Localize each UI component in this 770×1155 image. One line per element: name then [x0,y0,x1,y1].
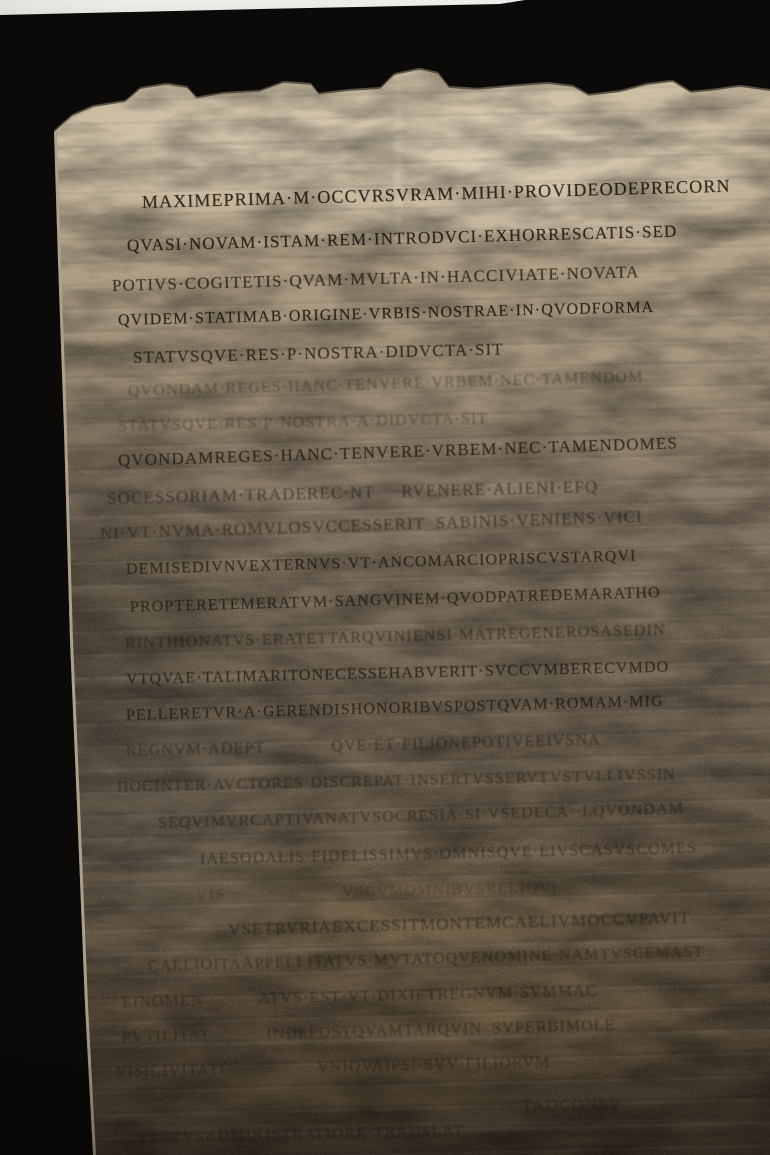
artwork-panel: MAXIMEPRIMA·M·OCCVRSVRAM·MIHI·PROVIDEODE… [0,0,770,1155]
panel-surface: MAXIMEPRIMA·M·OCCVRSVRAM·MIHI·PROVIDEODE… [0,0,770,1155]
photo-of-inscription-panel: { "scene": { "description": "Photograph … [0,0,770,1155]
aging-texture-overlay [0,0,770,1155]
